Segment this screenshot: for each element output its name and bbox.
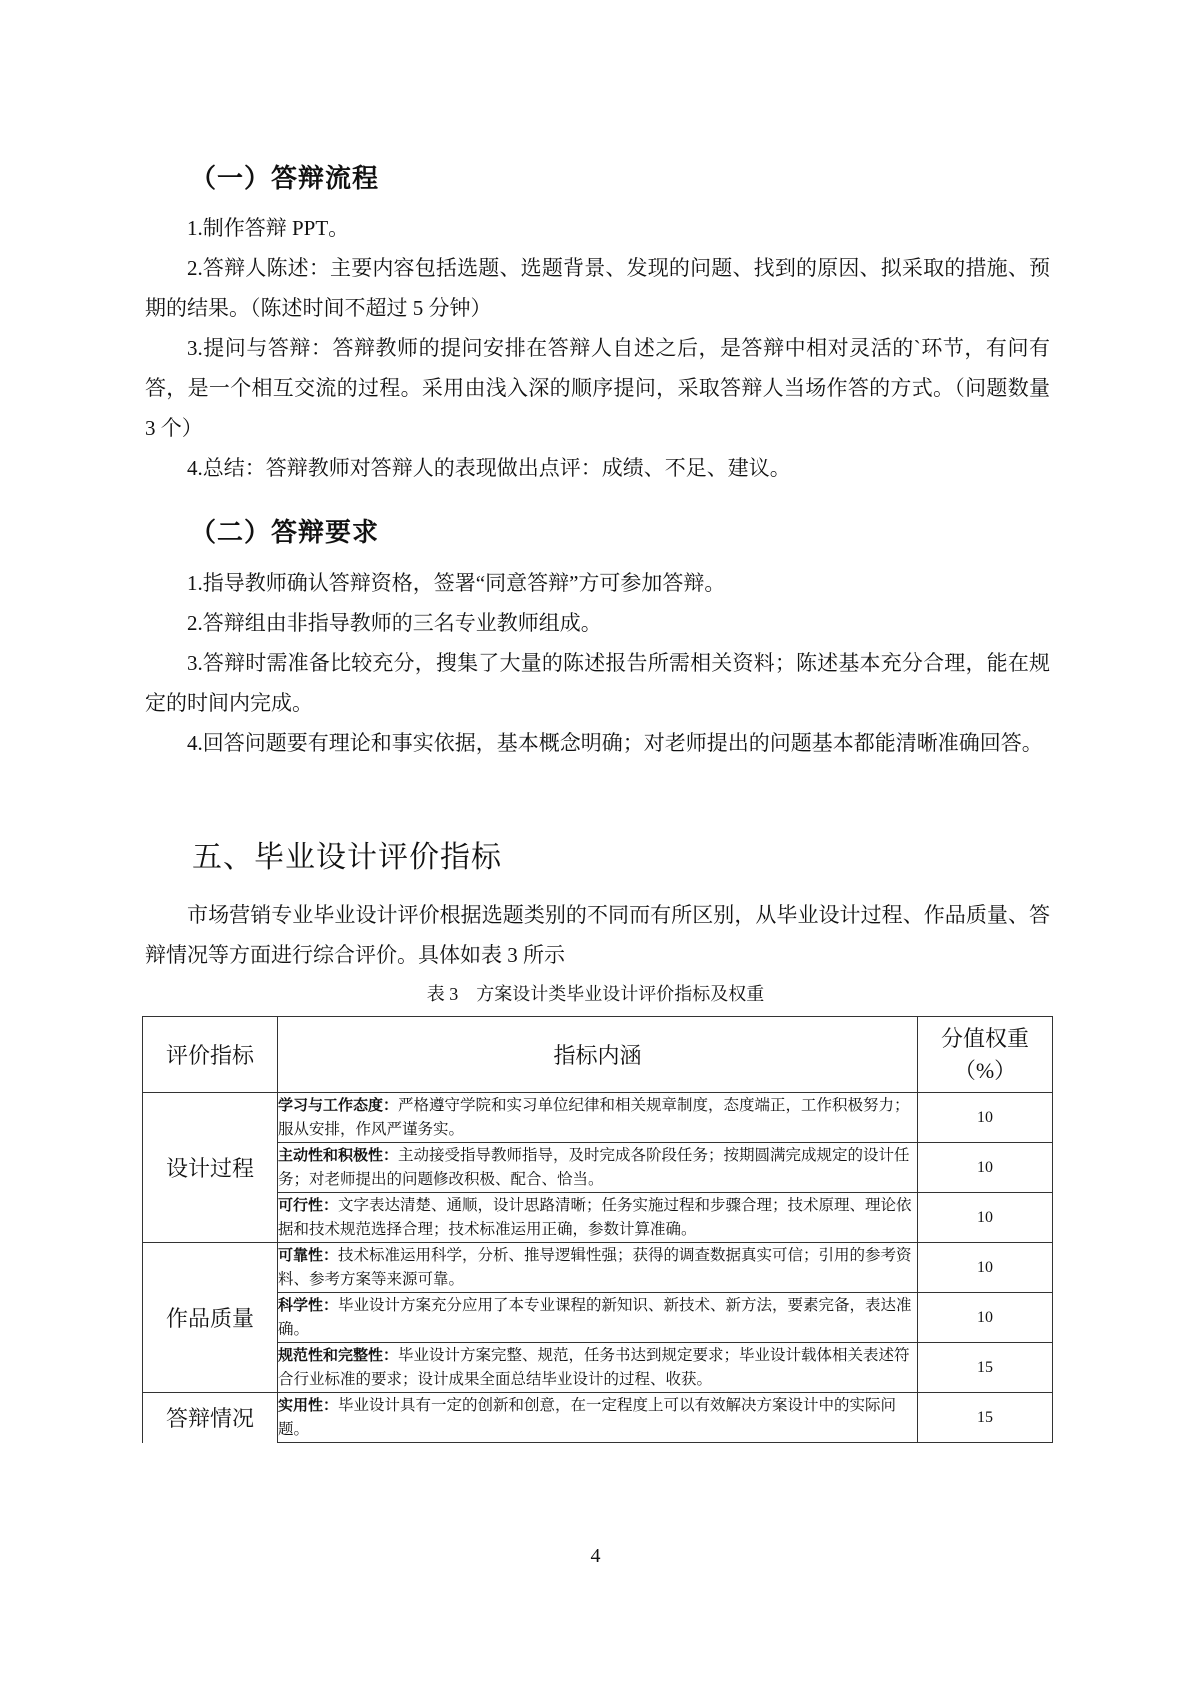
criterion-text: 文字表达清楚、通顺，设计思路清晰；任务实施过程和步骤合理；技术原理、理论依据和技… [278, 1197, 912, 1238]
weight-cell: 10 [918, 1243, 1053, 1293]
weight-cell: 15 [918, 1393, 1053, 1443]
weight-cell: 10 [918, 1193, 1053, 1243]
criterion-term: 可靠性： [278, 1246, 338, 1264]
content-cell: 规范性和完整性：毕业设计方案完整、规范，任务书达到规定要求；毕业设计载体相关表述… [278, 1343, 918, 1393]
criterion-text: 毕业设计方案充分应用了本专业课程的新知识、新技术、新方法，要素完备，表达准确。 [278, 1297, 912, 1338]
content-cell: 可行性：文字表达清楚、通顺，设计思路清晰；任务实施过程和步骤合理；技术原理、理论… [278, 1193, 918, 1243]
header-weight: 分值权重 （%） [918, 1017, 1053, 1093]
category-cell: 答辩情况 [143, 1393, 278, 1443]
criterion-term: 规范性和完整性： [278, 1346, 398, 1364]
table-row: 作品质量 可靠性：技术标准运用科学，分析、推导逻辑性强；获得的调查数据真实可信；… [143, 1243, 1053, 1293]
criterion-term: 主动性和积极性： [278, 1146, 398, 1164]
table-row: 科学性：毕业设计方案充分应用了本专业课程的新知识、新技术、新方法，要素完备，表达… [143, 1293, 1053, 1343]
table-row: 答辩情况 实用性：毕业设计具有一定的创新和创意，在一定程度上可以有效解决方案设计… [143, 1393, 1053, 1443]
table-row: 主动性和积极性：主动接受指导教师指导，及时完成各阶段任务；按期圆满完成规定的设计… [143, 1143, 1053, 1193]
table-row: 规范性和完整性：毕业设计方案完整、规范，任务书达到规定要求；毕业设计载体相关表述… [143, 1343, 1053, 1393]
weight-cell: 10 [918, 1093, 1053, 1143]
paragraph-text: 1.指导教师确认答辩资格，签署“同意答辩”方可参加答辩。 [187, 571, 725, 595]
content-cell: 实用性：毕业设计具有一定的创新和创意，在一定程度上可以有效解决方案设计中的实际问… [278, 1393, 918, 1443]
criterion-text: 技术标准运用科学，分析、推导逻辑性强；获得的调查数据真实可信；引用的参考资料、参… [278, 1247, 912, 1288]
weight-cell: 10 [918, 1143, 1053, 1193]
paragraph-text: 4.回答问题要有理论和事实依据，基本概念明确；对老师提出的问题基本都能清晰准确回… [187, 731, 1043, 755]
document-page: （一）答辩流程 1.制作答辩 PPT。 2.答辩人陈述：主要内容包括选题、选题背… [0, 0, 1191, 1684]
header-weight-unit: （%） [918, 1055, 1052, 1087]
table-caption: 表 3 方案设计类毕业设计评价指标及权重 [0, 980, 1191, 1006]
paragraph-requirement-1: 1.指导教师确认答辩资格，签署“同意答辩”方可参加答辩。 [145, 563, 1050, 603]
paragraph-text: 3.答辩时需准备比较充分，搜集了大量的陈述报告所需相关资料；陈述基本充分合理，能… [145, 651, 1050, 715]
paragraph-text: 1.制作答辩 PPT。 [187, 216, 349, 240]
criterion-term: 可行性： [278, 1196, 338, 1214]
paragraph-requirement-4: 4.回答问题要有理论和事实依据，基本概念明确；对老师提出的问题基本都能清晰准确回… [145, 723, 1050, 763]
weight-cell: 15 [918, 1343, 1053, 1393]
content-cell: 可靠性：技术标准运用科学，分析、推导逻辑性强；获得的调查数据真实可信；引用的参考… [278, 1243, 918, 1293]
paragraph-process-2: 2.答辩人陈述：主要内容包括选题、选题背景、发现的问题、找到的原因、拟采取的措施… [145, 248, 1050, 328]
chapter-heading-evaluation-indicators: 五、毕业设计评价指标 [192, 832, 502, 876]
category-cell: 设计过程 [143, 1093, 278, 1243]
header-content: 指标内涵 [278, 1017, 918, 1093]
paragraph-process-4: 4.总结：答辩教师对答辩人的表现做出点评：成绩、不足、建议。 [145, 448, 1050, 488]
paragraph-text: 市场营销专业毕业设计评价根据选题类别的不同而有所区别，从毕业设计过程、作品质量、… [145, 903, 1050, 967]
criterion-term: 实用性： [278, 1396, 338, 1414]
paragraph-text: 2.答辩人陈述：主要内容包括选题、选题背景、发现的问题、找到的原因、拟采取的措施… [145, 256, 1050, 320]
section-heading-defense-requirements: （二）答辩要求 [190, 512, 379, 549]
page-number: 4 [0, 1545, 1191, 1568]
section-heading-defense-process: （一）答辩流程 [190, 158, 379, 195]
weight-cell: 10 [918, 1293, 1053, 1343]
content-cell: 科学性：毕业设计方案充分应用了本专业课程的新知识、新技术、新方法，要素完备，表达… [278, 1293, 918, 1343]
paragraph-text: 2.答辩组由非指导教师的三名专业教师组成。 [187, 611, 602, 635]
paragraph-requirement-2: 2.答辩组由非指导教师的三名专业教师组成。 [145, 603, 1050, 643]
table-row: 设计过程 学习与工作态度：严格遵守学院和实习单位纪律和相关规章制度，态度端正，工… [143, 1093, 1053, 1143]
criterion-text: 毕业设计具有一定的创新和创意，在一定程度上可以有效解决方案设计中的实际问题。 [278, 1397, 896, 1438]
criterion-term: 学习与工作态度： [278, 1096, 398, 1114]
criterion-term: 科学性： [278, 1296, 338, 1314]
content-cell: 主动性和积极性：主动接受指导教师指导，及时完成各阶段任务；按期圆满完成规定的设计… [278, 1143, 918, 1193]
paragraph-process-1: 1.制作答辩 PPT。 [145, 208, 1050, 248]
header-indicator: 评价指标 [143, 1017, 278, 1093]
table-row: 可行性：文字表达清楚、通顺，设计思路清晰；任务实施过程和步骤合理；技术原理、理论… [143, 1193, 1053, 1243]
table-header-row: 评价指标 指标内涵 分值权重 （%） [143, 1017, 1053, 1093]
paragraph-requirement-3: 3.答辩时需准备比较充分，搜集了大量的陈述报告所需相关资料；陈述基本充分合理，能… [145, 643, 1050, 723]
header-weight-label: 分值权重 [918, 1023, 1052, 1055]
category-cell: 作品质量 [143, 1243, 278, 1393]
paragraph-evaluation-intro: 市场营销专业毕业设计评价根据选题类别的不同而有所区别，从毕业设计过程、作品质量、… [145, 895, 1050, 975]
paragraph-text: 3.提问与答辩：答辩教师的提问安排在答辩人自述之后，是答辩中相对灵活的`环节，有… [145, 336, 1050, 440]
paragraph-text: 4.总结：答辩教师对答辩人的表现做出点评：成绩、不足、建议。 [187, 456, 791, 480]
evaluation-table: 评价指标 指标内涵 分值权重 （%） 设计过程 学习与工作态度：严格遵守学院和实… [142, 1016, 1053, 1443]
paragraph-process-3: 3.提问与答辩：答辩教师的提问安排在答辩人自述之后，是答辩中相对灵活的`环节，有… [145, 328, 1050, 448]
content-cell: 学习与工作态度：严格遵守学院和实习单位纪律和相关规章制度，态度端正，工作积极努力… [278, 1093, 918, 1143]
